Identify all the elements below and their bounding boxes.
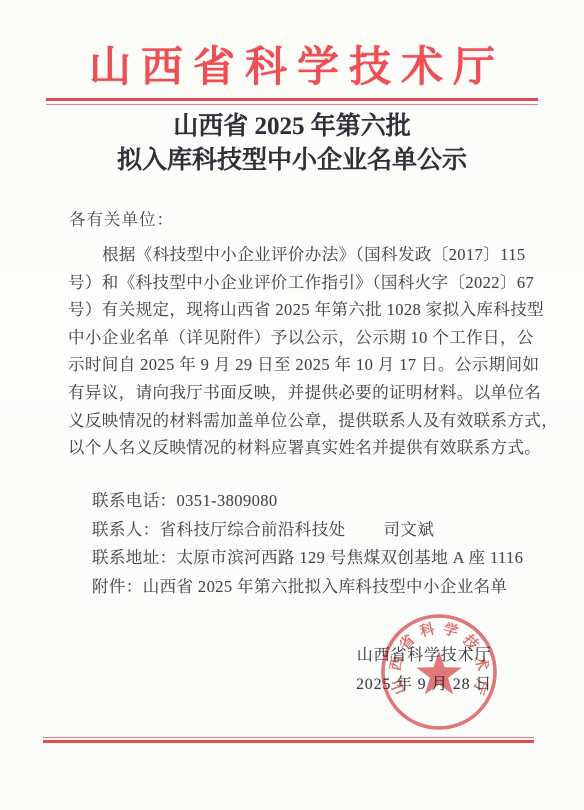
seal-char: 厅 [469,676,490,697]
contact-address-line: 联系地址：太原市滨河西路 129 号焦煤双创基地 A 座 1116 [92,544,523,573]
paragraph-line: 根据《科技型中小企业评价办法》（国科发政〔2017〕115 [68,241,572,269]
contact-block: 联系电话：0351-3809080 联系人：省科技厅综合前沿科技处司文斌 联系地… [92,487,523,601]
attachment-label: 附件： [92,577,143,596]
scanned-notice-page: 山西省科学技术厅 山西省 2025 年第六批 拟入库科技型中小企业名单公示 各有… [0,0,584,810]
document-title: 山西省 2025 年第六批 拟入库科技型中小企业名单公示 [0,110,584,178]
paragraph-line: 示时间自 2025 年 9 月 29 日至 2025 年 10 月 17 日。公… [68,351,572,379]
contact-person-name: 司文斌 [384,520,435,539]
seal-char: 西 [387,654,407,672]
seal-char: 学 [441,619,460,640]
document-title-line1: 山西省 2025 年第六批 [0,110,584,144]
paragraph-line: 有异议，请向我厅书面反映，并提供必要的证明材料。以单位名 [68,379,572,407]
document-title-line2: 拟入库科技型中小企业名单公示 [0,144,584,178]
paragraph-line: 号）和《科技型中小企业评价工作指引》（国科火字〔2022〕67 [68,269,572,297]
letterhead-divider-rule [46,98,538,105]
contact-person-label: 联系人： [92,520,160,539]
seal-char: 科 [418,619,437,640]
attachment-value: 山西省 2025 年第六批拟入库科技型中小企业名单 [143,577,508,596]
contact-person-line: 联系人：省科技厅综合前沿科技处司文斌 [92,516,523,545]
footer-divider-rule [43,737,534,743]
contact-address-value: 太原市滨河西路 129 号焦煤双创基地 A 座 1116 [177,548,524,567]
contact-phone-label: 联系电话： [92,491,177,510]
body-paragraph: 根据《科技型中小企业评价办法》（国科发政〔2017〕115 号）和《科技型中小企… [68,241,572,462]
seal-char: 山 [388,677,409,696]
paragraph-line: 义反映情况的材料需加盖单位公章，提供联系人及有效联系方式， [68,407,572,435]
paragraph-line: 以个人名义反映情况的材料应署真实姓名并提供有效联系方式。 [68,434,572,462]
seal-star-icon [416,651,462,694]
contact-address-label: 联系地址： [92,548,177,567]
seal-char: 术 [471,654,491,673]
agency-letterhead-title: 山西省科学技术厅 [0,34,584,94]
official-seal-stamp: 山 西 省 科 学 技 术 厅 [379,612,499,732]
contact-person-dept: 省科技厅综合前沿科技处 [160,520,346,539]
contact-phone-line: 联系电话：0351-3809080 [92,487,523,516]
attachment-line: 附件：山西省 2025 年第六批拟入库科技型中小企业名单 [92,573,523,602]
paragraph-line: 号）有关规定，现将山西省 2025 年第六批 1028 家拟入库科技型 [68,296,572,324]
paragraph-line: 中小企业名单（详见附件）予以公示，公示期 10 个工作日，公 [68,324,572,352]
contact-phone-value: 0351-3809080 [177,491,278,510]
salutation: 各有关单位： [69,206,174,230]
